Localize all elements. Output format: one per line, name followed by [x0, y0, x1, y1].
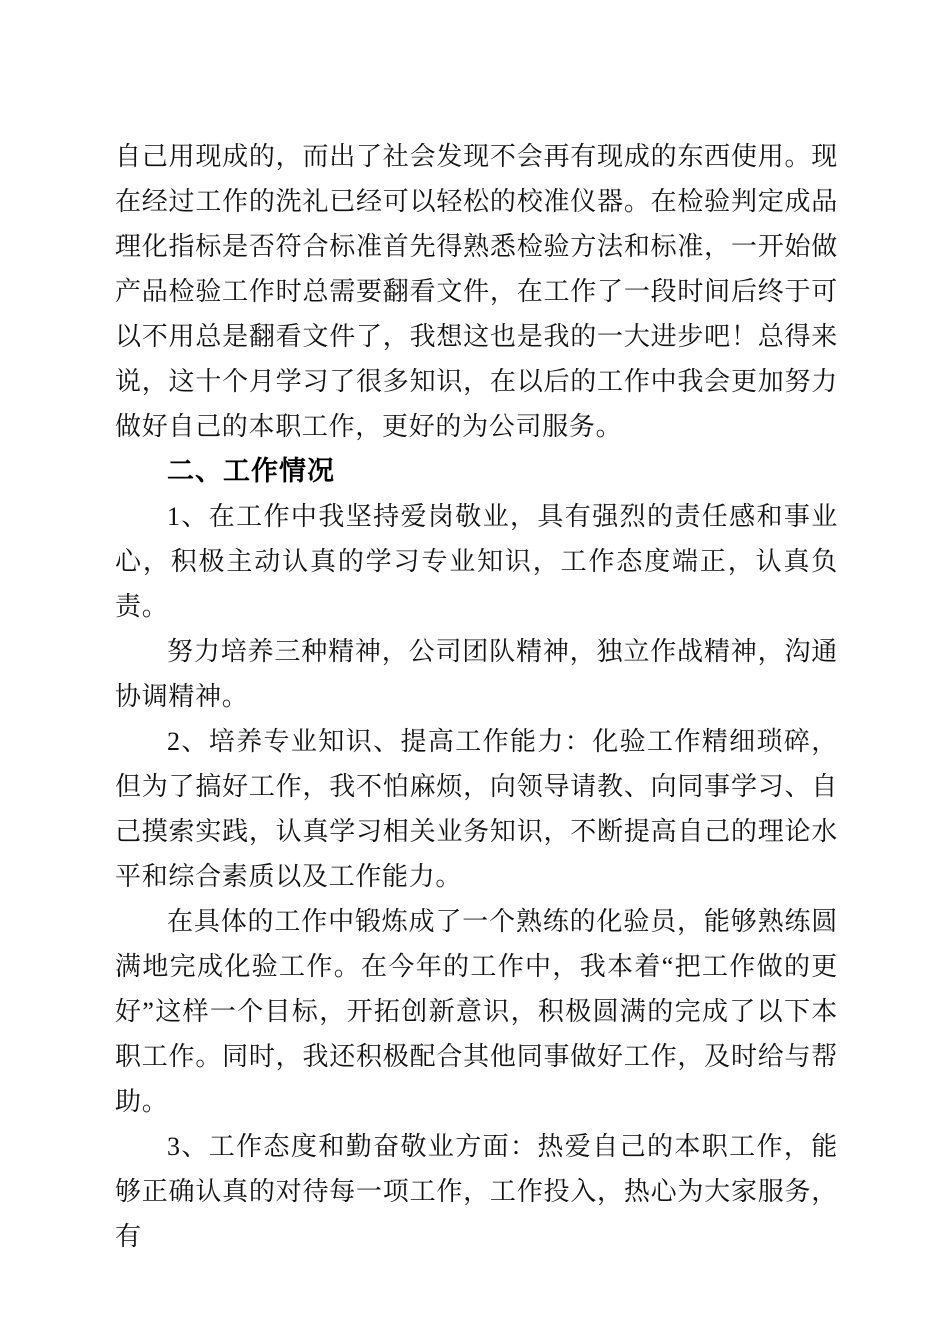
section-heading: 二、工作情况: [115, 449, 838, 494]
paragraph: 1、在工作中我坚持爱岗敬业，具有强烈的责任感和事业心，积极主动认真的学习专业知识…: [115, 494, 838, 629]
paragraph: 自己用现成的，而出了社会发现不会再有现成的东西使用。现在经过工作的洗礼已经可以轻…: [115, 134, 838, 449]
paragraph: 努力培养三种精神，公司团队精神，独立作战精神，沟通协调精神。: [115, 629, 838, 719]
document-page: 自己用现成的，而出了社会发现不会再有现成的东西使用。现在经过工作的洗礼已经可以轻…: [0, 0, 950, 1344]
paragraph: 3、工作态度和勤奋敬业方面：热爱自己的本职工作，能够正确认真的对待每一项工作，工…: [115, 1124, 838, 1259]
document-body: 自己用现成的，而出了社会发现不会再有现成的东西使用。现在经过工作的洗礼已经可以轻…: [115, 134, 838, 1259]
paragraph: 2、培养专业知识、提高工作能力：化验工作精细琐碎，但为了搞好工作，我不怕麻烦，向…: [115, 719, 838, 899]
paragraph: 在具体的工作中锻炼成了一个熟练的化验员，能够熟练圆满地完成化验工作。在今年的工作…: [115, 899, 838, 1124]
